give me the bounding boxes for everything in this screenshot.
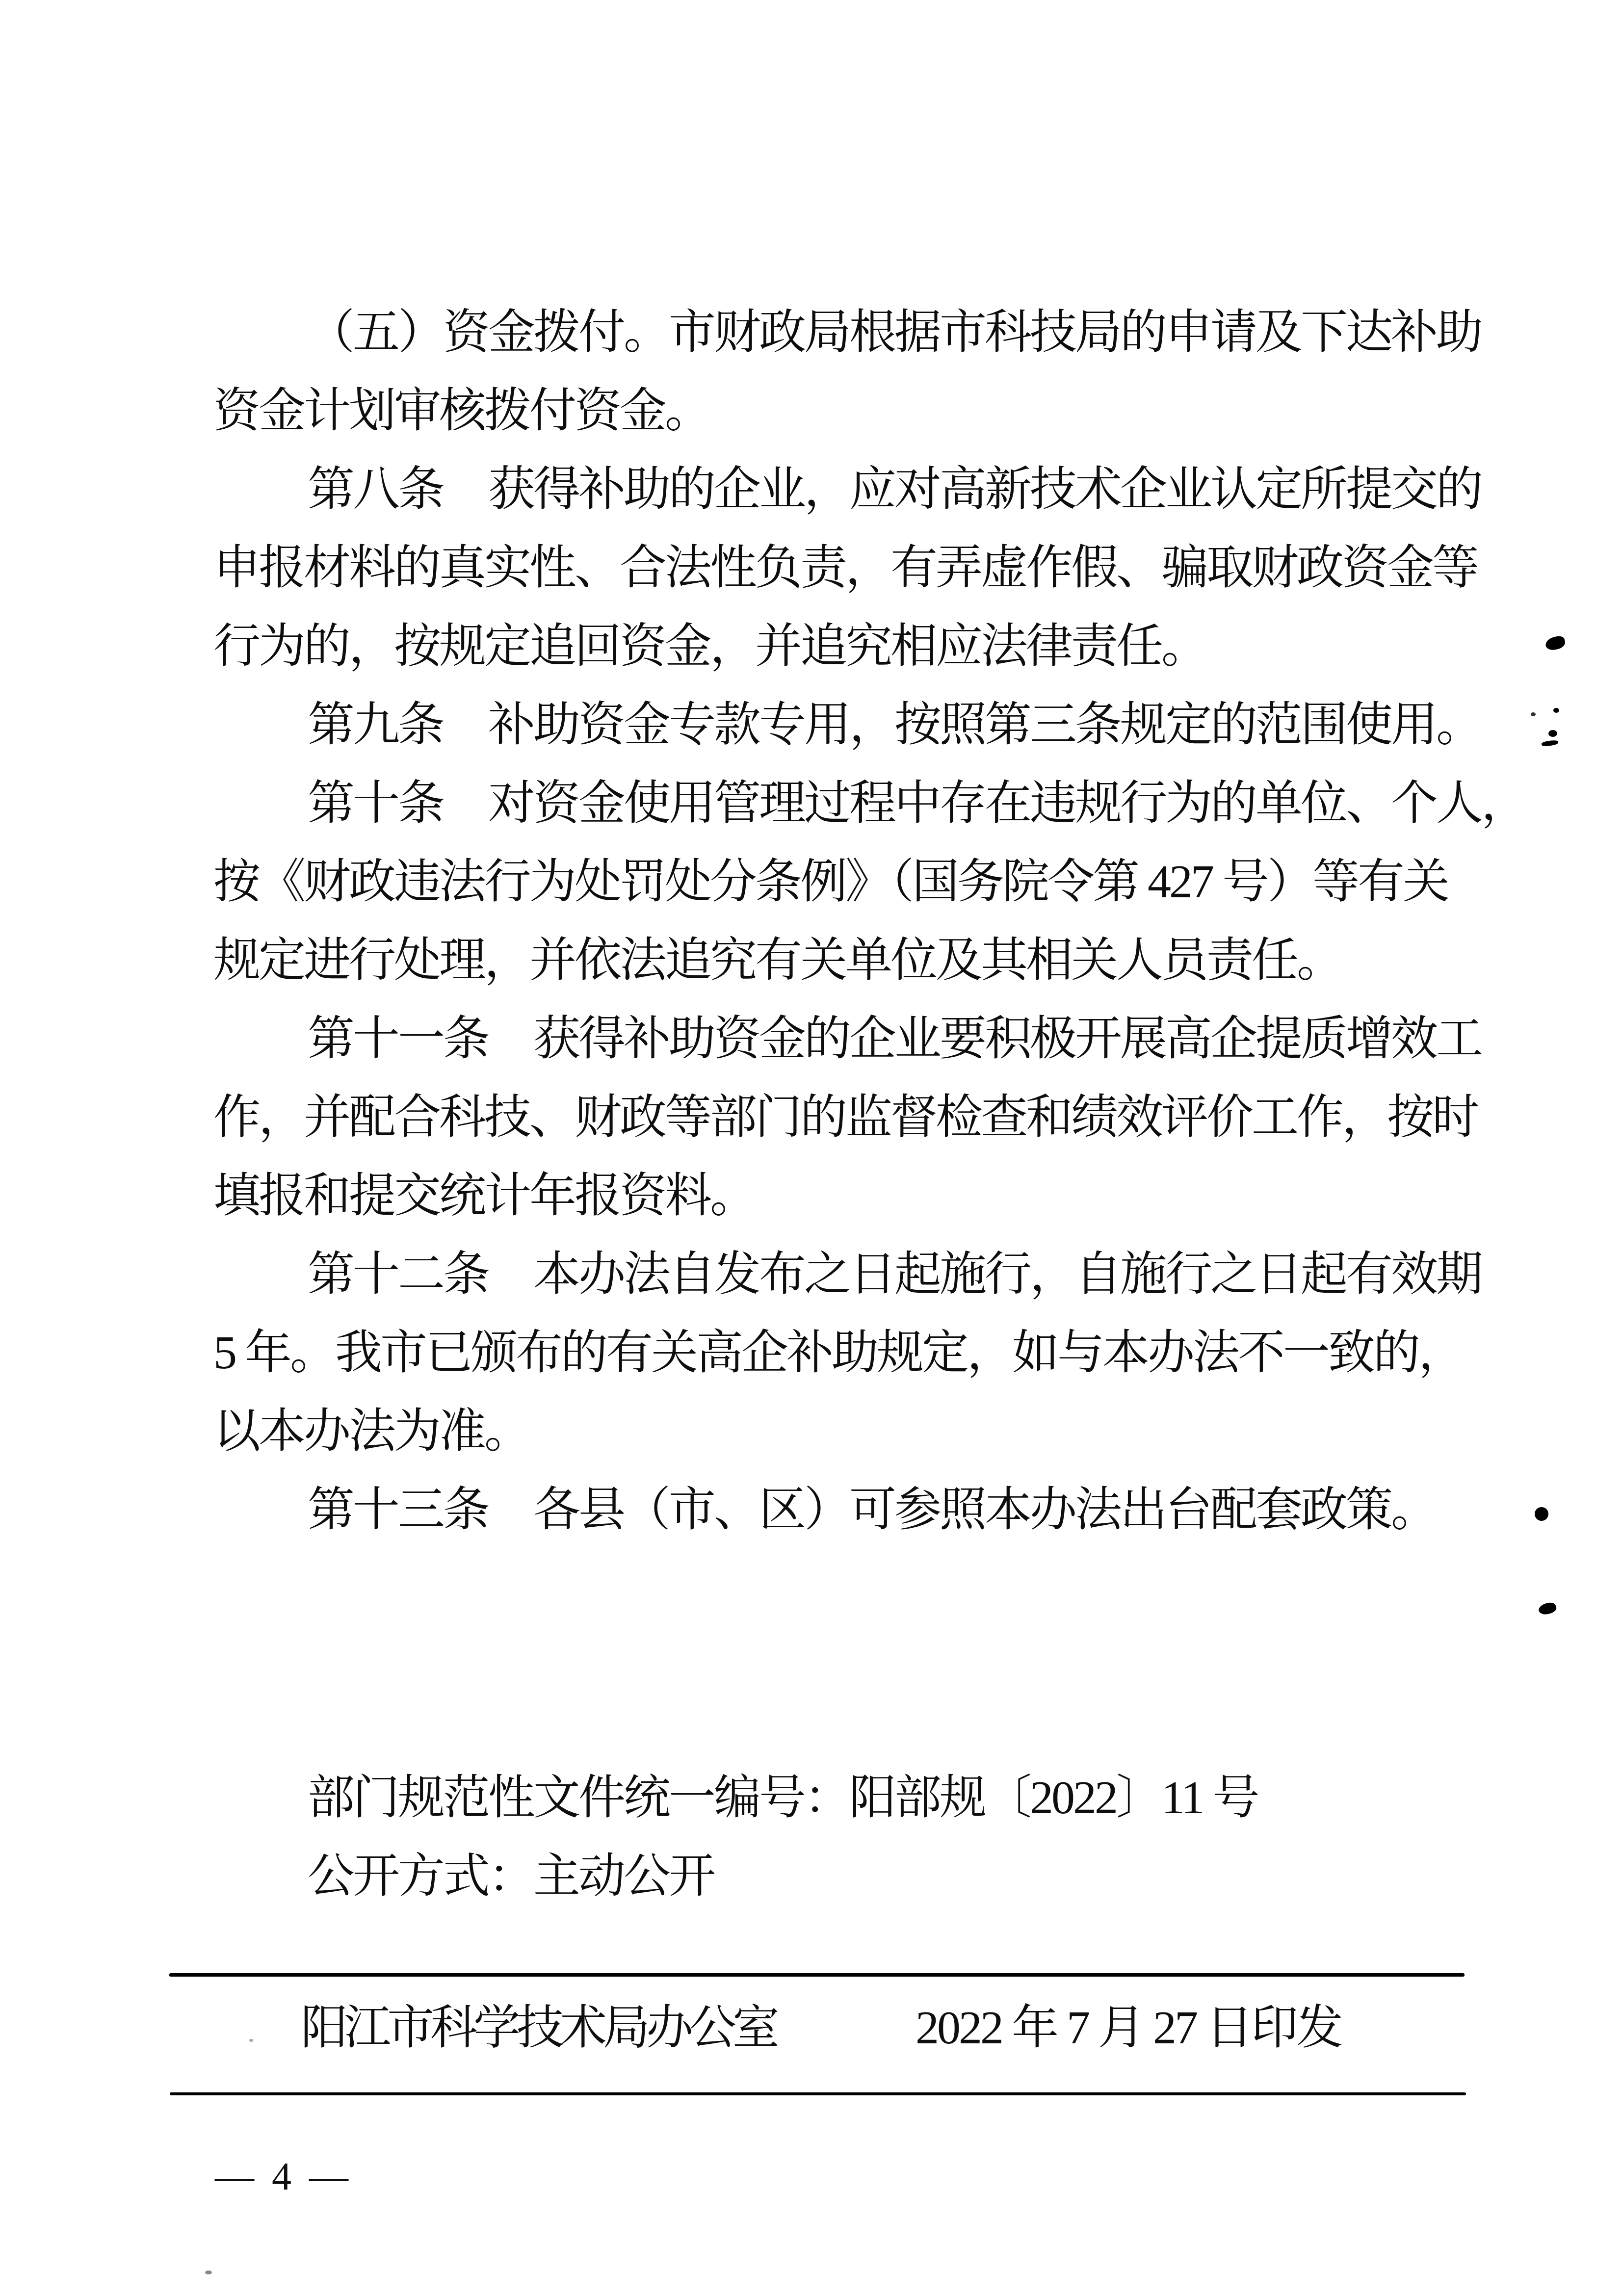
body-line: 5 年。我市已颁布的有关高企补助规定，如与本办法不一致的，	[213, 1313, 1469, 1392]
body-line: 第十一条 获得补助资金的企业要积极开展高企提质增效工	[213, 999, 1469, 1078]
body-line: 第十三条 各县（市、区）可参照本办法出台配套政策。	[213, 1470, 1469, 1549]
footer-rule-top	[169, 1973, 1465, 1977]
body-line: 第十条 对资金使用管理过程中存在违规行为的单位、个人，	[213, 764, 1469, 842]
filing-info-block: 部门规范性文件统一编号：阳部规〔2022〕11 号 公开方式：主动公开	[213, 1758, 1469, 1915]
scan-speck	[1535, 1507, 1548, 1521]
body-line: 填报和提交统计年报资料。	[213, 1156, 1469, 1235]
footer-print-date: 2022 年 7 月 27 日印发	[916, 2001, 1341, 2055]
body-line: 按《财政违法行为处罚处分条例》（国务院令第 427 号）等有关	[213, 842, 1469, 921]
body-line: （五）资金拨付。市财政局根据市科技局的申请及下达补助	[213, 293, 1469, 371]
page-number: — 4 —	[215, 2155, 352, 2199]
body-line: 以本办法为准。	[213, 1392, 1469, 1470]
body-line: 作，并配合科技、财政等部门的监督检查和绩效评价工作，按时	[213, 1078, 1469, 1156]
body-line: 规定进行处理，并依法追究有关单位及其相关人员责任。	[213, 921, 1469, 999]
scanned-document-page: （五）资金拨付。市财政局根据市科技局的申请及下达补助 资金计划审核拨付资金。 第…	[0, 0, 1622, 2296]
body-line: 行为的，按规定追回资金，并追究相应法律责任。	[213, 607, 1469, 685]
scan-speck	[205, 2270, 212, 2274]
footer-rule-bottom	[170, 2092, 1466, 2095]
scan-speck	[1541, 740, 1558, 747]
filing-line-disclosure-method: 公开方式：主动公开	[213, 1837, 1469, 1915]
body-line: 第十二条 本办法自发布之日起施行，自施行之日起有效期	[213, 1235, 1469, 1313]
body-line: 第八条 获得补助的企业，应对高新技术企业认定所提交的	[213, 450, 1469, 528]
document-body: （五）资金拨付。市财政局根据市科技局的申请及下达补助 资金计划审核拨付资金。 第…	[213, 293, 1469, 1549]
scan-speck	[1537, 1601, 1557, 1617]
scan-speck	[1531, 712, 1536, 716]
scan-speck	[1553, 708, 1559, 713]
body-line: 申报材料的真实性、合法性负责，有弄虚作假、骗取财政资金等	[213, 528, 1469, 607]
body-line: 第九条 补助资金专款专用，按照第三条规定的范围使用。	[213, 685, 1469, 764]
scan-speck	[1544, 635, 1567, 652]
body-line: 资金计划审核拨付资金。	[213, 371, 1469, 450]
filing-line-serial-number: 部门规范性文件统一编号：阳部规〔2022〕11 号	[213, 1758, 1469, 1837]
scan-speck	[249, 2039, 253, 2042]
scan-speck	[1548, 730, 1557, 737]
footer-issuing-office: 阳江市科学技术局办公室	[301, 2001, 776, 2055]
